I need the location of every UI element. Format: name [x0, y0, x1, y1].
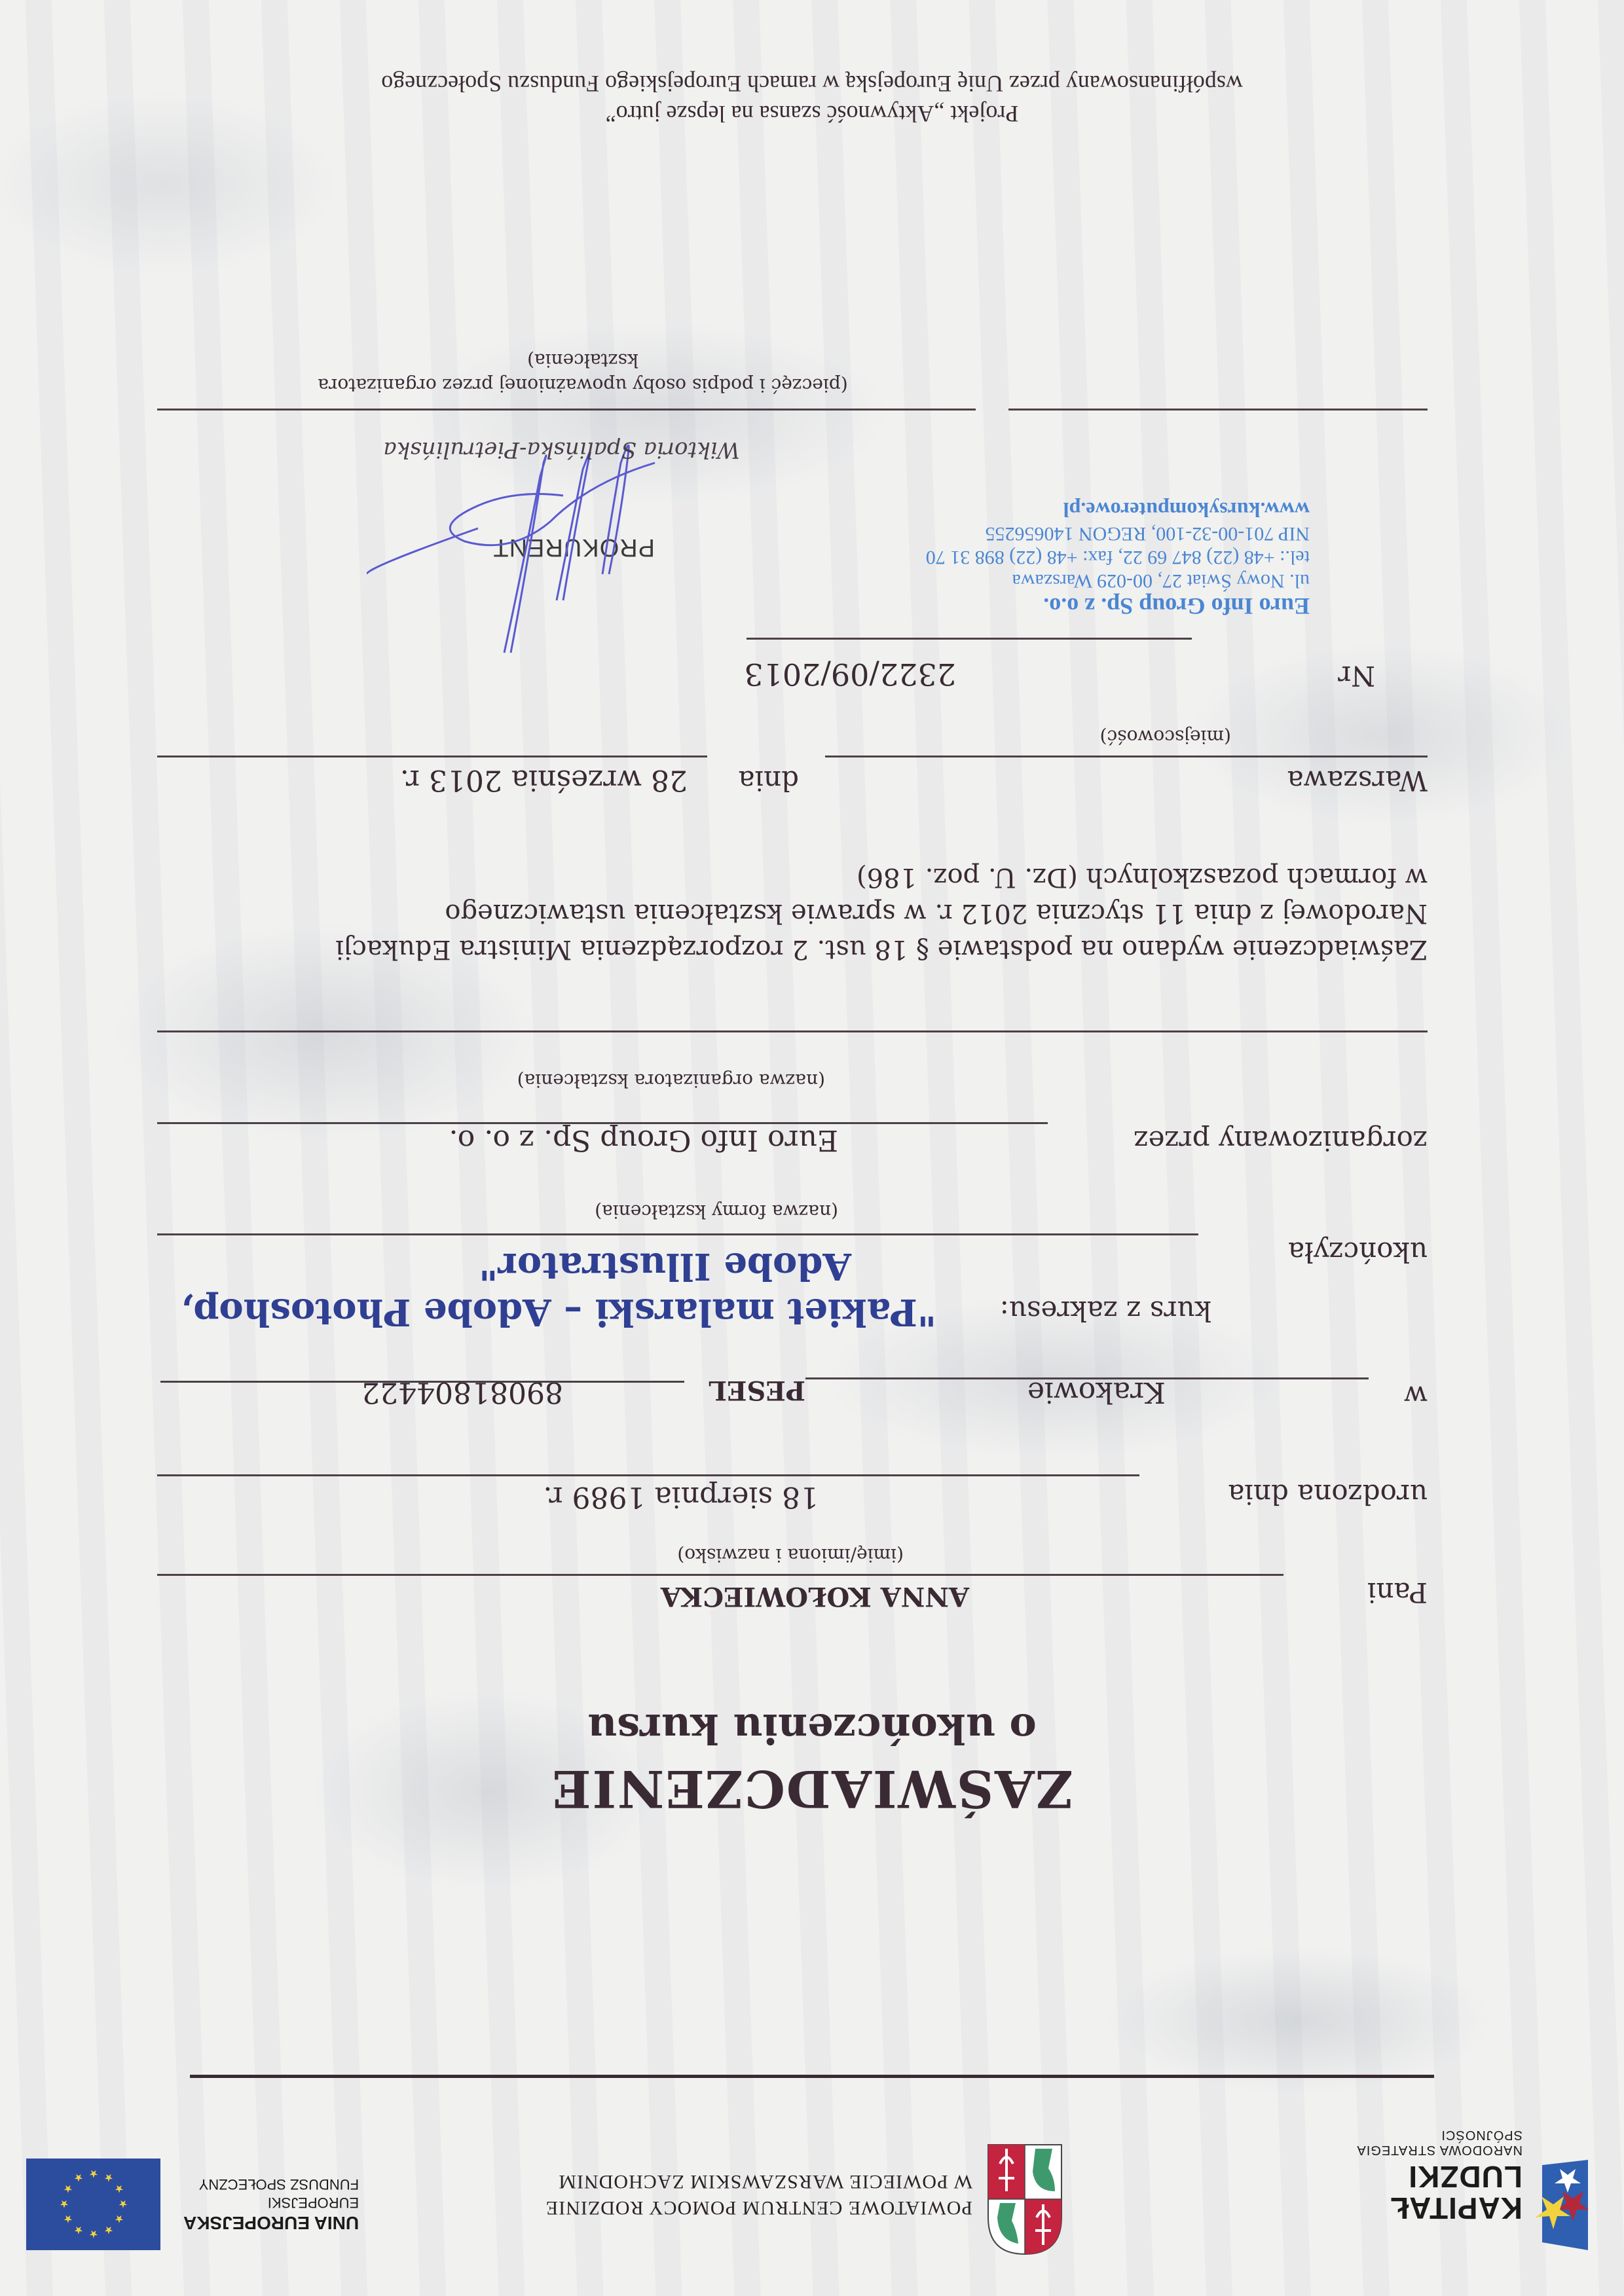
signature-caption-line-2: kształcenia) [190, 348, 976, 373]
signature-caption: (pieczęć i podpis osoby upoważnionej prz… [190, 348, 976, 397]
kapital-ludzki-logo: KAPITAŁ LUDZKI NARODOWA STRATEGIA SPÓJNO… [1316, 2152, 1591, 2263]
pesel-label: PESEL [709, 1375, 805, 1406]
svg-text:★: ★ [119, 2198, 128, 2210]
stamp-company: Euro Info Group Sp. z o.o. [838, 592, 1310, 620]
svg-text:★: ★ [115, 2213, 124, 2225]
birth-place-value: Krakowie [1027, 1376, 1166, 1409]
number-line [747, 638, 1192, 640]
pcpr-logo: POWIATOWE CENTRUM POMOCY RODZINIE W POWI… [357, 2139, 1064, 2257]
eu-flag-icon: ★★★ ★★★ ★★★ ★★★ [26, 2159, 160, 2250]
name-label: Pani [1367, 1576, 1428, 1609]
stamp-phone: tel.: +48 (22) 847 69 22, fax: +48 (22) … [838, 545, 1310, 569]
signature-line [157, 409, 976, 410]
svg-text:★: ★ [64, 2213, 73, 2225]
eu-subtitle-2: FUNDUSZ SPOŁECZNY [183, 2175, 359, 2193]
svg-text:★: ★ [89, 2228, 98, 2240]
document-title: ZAŚWIADCZENIE [0, 1758, 1624, 1818]
name-value: ANNA KOŁOWIECKA [661, 1581, 969, 1612]
pcpr-line-2: W POWIECIE WARSZAWSKIM ZACHODNIM [545, 2168, 972, 2195]
eu-subtitle-1: EUROPEJSKI [183, 2193, 359, 2212]
course-label: kurs z zakresu: [1000, 1295, 1211, 1327]
legal-basis-line-1: Zaświadczenie wydano na podstawie § 18 u… [157, 931, 1428, 967]
svg-text:★: ★ [60, 2198, 69, 2210]
svg-text:★: ★ [115, 2183, 124, 2195]
date-line [157, 756, 707, 757]
stamp-website: www.kursykomputerowe.pl [838, 498, 1310, 522]
stamp-ids: NIP 701-00-32-100, REGON 140656255 [838, 522, 1310, 545]
signatory-name: Wiktoria Spalińska-Pietrulińska [383, 437, 740, 463]
company-stamp: Euro Info Group Sp. z o.o. ul. Nowy Świa… [838, 498, 1310, 620]
legal-basis-line-3: w formach pozaszkolnych (Dz. U. poz. 186… [157, 859, 1428, 895]
eu-fund-logo: UNIA EUROPEJSKA EUROPEJSKI FUNDUSZ SPOŁE… [26, 2152, 393, 2250]
stamp-address: ul. Nowy Świat 27, 00-029 Warszawa [838, 569, 1310, 592]
signature-caption-line-1: (pieczęć i podpis osoby upoważnionej prz… [190, 373, 976, 397]
pcpr-line-1: POWIATOWE CENTRUM POMOCY RODZINIE [545, 2195, 972, 2221]
svg-text:★: ★ [104, 2224, 113, 2236]
place-value: Warszawa [1287, 765, 1428, 797]
completed-label: ukończyła [1288, 1236, 1428, 1268]
legal-basis-line-2: Narodowej z dnia 11 stycznia 2012 r. w s… [157, 895, 1428, 931]
svg-text:★: ★ [89, 2168, 98, 2180]
birth-place-line [805, 1377, 1369, 1379]
course-value-line-2: Adobe Illustrator" [479, 1245, 851, 1288]
number-label: Nr [1338, 660, 1375, 692]
coat-of-arms-icon [986, 2142, 1064, 2257]
header-divider [190, 2075, 1434, 2078]
eu-title: UNIA EUROPEJSKA [183, 2212, 359, 2234]
organizer-value: Euro Info Group Sp. z o. o. [449, 1123, 838, 1157]
name-caption: (imię/imiona i nazwisko) [677, 1544, 904, 1566]
course-caption: (nazwa formy kształcenia) [595, 1201, 838, 1222]
organizer-line [157, 1122, 1048, 1124]
pesel-line [160, 1381, 684, 1383]
svg-text:★: ★ [74, 2172, 83, 2184]
organizer-extra-line [157, 1030, 1428, 1032]
birth-place-label: w [1404, 1380, 1428, 1412]
footer-project-name: Projekt „Aktywność szansa na lepsze jutr… [0, 99, 1624, 129]
birth-date-value: 18 sierpnia 1989 r. [543, 1480, 819, 1514]
birth-date-label: urodzona dnia [1228, 1478, 1428, 1510]
svg-text:★: ★ [104, 2172, 113, 2184]
kapital-ludzki-subtitle: NARODOWA STRATEGIA SPÓJNOŚCI [1316, 2127, 1522, 2157]
certificate-page: KAPITAŁ LUDZKI NARODOWA STRATEGIA SPÓJNO… [0, 0, 1624, 2296]
birth-date-line [157, 1474, 1139, 1476]
number-value: 2322/09/2013 [744, 657, 956, 692]
document-subtitle: o ukończeniu kursu [0, 1705, 1624, 1753]
footer-cofinancing: współfinansowany przez Unię Europejską w… [0, 69, 1624, 99]
legal-basis: Zaświadczenie wydano na podstawie § 18 u… [157, 859, 1428, 967]
organizer-caption: (nazwa organizatora kształcenia) [517, 1070, 825, 1091]
name-line [157, 1574, 1283, 1576]
kapital-ludzki-stars-icon [1532, 2159, 1591, 2257]
kapital-ludzki-title: KAPITAŁ LUDZKI [1316, 2161, 1522, 2224]
course-value-line-1: "Pakiet malarski – Adobe Photoshop, [181, 1290, 936, 1334]
date-value: 28 września 2013 r. [400, 763, 688, 797]
organizer-label: zorganizowany przez [1134, 1125, 1428, 1157]
svg-text:★: ★ [64, 2183, 73, 2195]
date-label: dnia [739, 765, 799, 797]
place-caption: (miejscowość) [1100, 726, 1231, 748]
project-footer: Projekt „Aktywność szansa na lepsze jutr… [0, 69, 1624, 129]
svg-text:★: ★ [74, 2224, 83, 2236]
signature-left-line [1008, 409, 1428, 410]
course-line [157, 1233, 1198, 1235]
place-line [825, 756, 1428, 757]
